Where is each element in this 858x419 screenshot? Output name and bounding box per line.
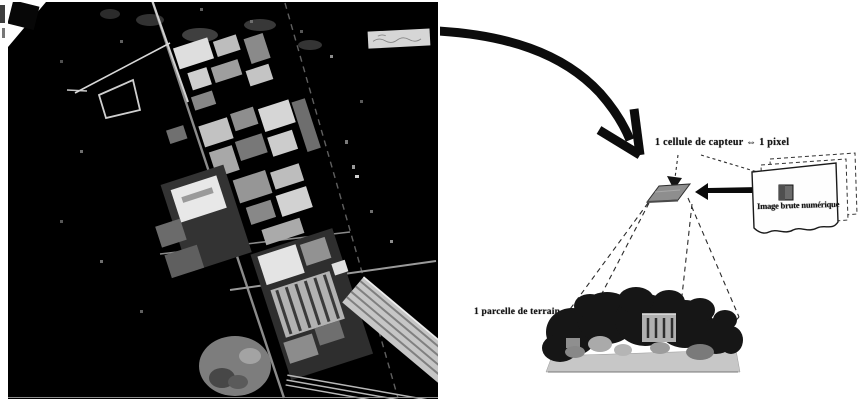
page-edge-mark <box>2 28 5 38</box>
label-ground-parcel: 1 parcelle de terrain <box>474 307 560 317</box>
figure-canvas: 1 cellule de capteur ⇔ 1 pixel Image bru… <box>0 0 858 419</box>
pixel-square <box>779 185 793 200</box>
sensor-cell <box>647 184 690 202</box>
label-sensor-cell: 1 cellule de capteur ⇔ 1 pixel <box>655 137 789 148</box>
satellite-image <box>8 2 438 399</box>
terrain-photo <box>542 287 743 372</box>
page-edge-mark <box>0 5 5 23</box>
label-leader-lines <box>675 155 764 178</box>
faint-annotation <box>368 28 431 48</box>
ground-blob <box>199 336 271 396</box>
image-stack <box>752 153 857 233</box>
curved-arrow <box>440 31 640 155</box>
